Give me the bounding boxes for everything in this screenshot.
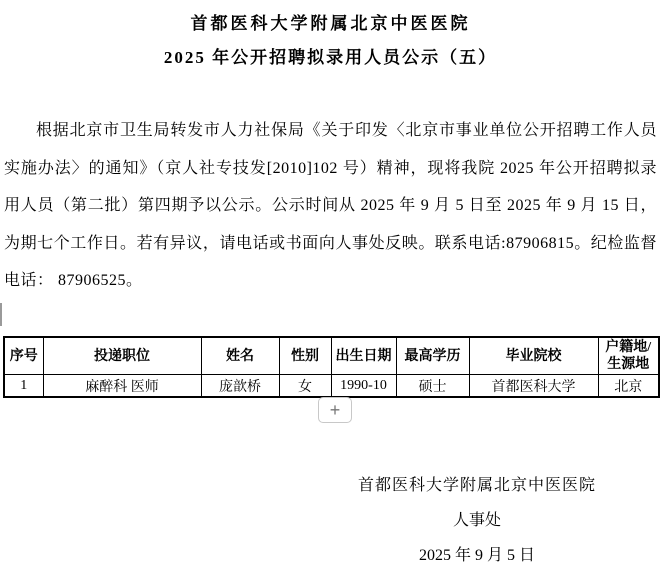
document-page: 首都医科大学附属北京中医医院 2025 年公开招聘拟录用人员公示（五） 根据北京… bbox=[0, 0, 661, 573]
signature-org: 首都医科大学附属北京中医医院 bbox=[358, 476, 596, 496]
cell-serial: 1 bbox=[4, 375, 43, 398]
col-header-position: 投递职位 bbox=[43, 337, 201, 375]
body-paragraph: 根据北京市卫生局转发市人力社保局《关于印发〈北京市事业单位公开招聘工作人员实施办… bbox=[4, 112, 657, 300]
cell-position: 麻醉科 医师 bbox=[43, 375, 201, 398]
col-header-gender: 性别 bbox=[279, 337, 331, 375]
col-header-serial: 序号 bbox=[4, 337, 43, 375]
col-header-education: 最高学历 bbox=[396, 337, 469, 375]
col-header-school: 毕业院校 bbox=[469, 337, 598, 375]
document-title-announcement: 2025 年公开招聘拟录用人员公示（五） bbox=[0, 43, 661, 68]
candidates-table: 序号 投递职位 姓名 性别 出生日期 最高学历 毕业院校 户籍地/生源地 1 麻… bbox=[3, 336, 660, 398]
cell-education: 硕士 bbox=[396, 375, 469, 398]
signature-dept: 人事处 bbox=[358, 511, 596, 531]
cell-gender: 女 bbox=[279, 375, 331, 398]
cell-name: 庞歆桥 bbox=[201, 375, 279, 398]
expand-table-button[interactable]: + bbox=[318, 397, 352, 423]
cell-school: 首都医科大学 bbox=[469, 375, 598, 398]
document-title-org: 首都医科大学附属北京中医医院 bbox=[0, 9, 661, 34]
left-edge-artifact bbox=[0, 303, 2, 326]
col-header-registry: 户籍地/生源地 bbox=[598, 337, 659, 375]
table-row: 1 麻醉科 医师 庞歆桥 女 1990-10 硕士 首都医科大学 北京 bbox=[4, 375, 659, 398]
table-header-row: 序号 投递职位 姓名 性别 出生日期 最高学历 毕业院校 户籍地/生源地 bbox=[4, 337, 659, 375]
cell-birthdate: 1990-10 bbox=[331, 375, 396, 398]
col-header-birthdate: 出生日期 bbox=[331, 337, 396, 375]
cell-registry: 北京 bbox=[598, 375, 659, 398]
signature-date: 2025 年 9 月 5 日 bbox=[358, 546, 596, 566]
signature-block: 首都医科大学附属北京中医医院 人事处 2025 年 9 月 5 日 bbox=[358, 476, 596, 566]
col-header-name: 姓名 bbox=[201, 337, 279, 375]
